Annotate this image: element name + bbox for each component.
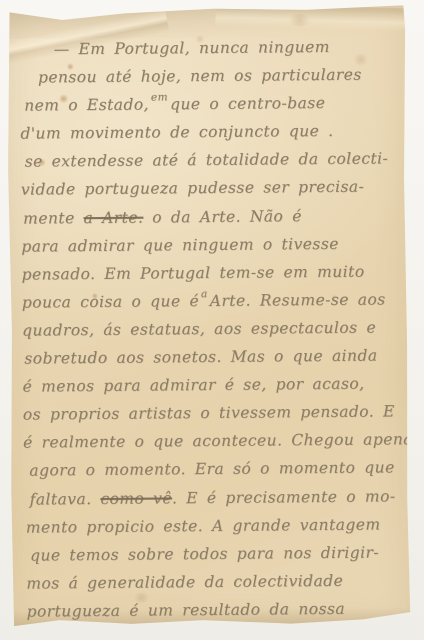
struck-out-text: a Arte. [83,208,143,227]
manuscript-line: mento propicio este. A grande vantagem [24,510,406,541]
photo-background: — Em Portugal, nunca ninguempensou até h… [0,0,424,640]
inserted-text-above-line: em [151,84,168,112]
handwritten-text: que temos sobre todos para nos dirigir- [30,543,379,564]
handwritten-text: . E é precisamente o mo- [172,487,396,507]
handwritten-text: os proprios artistas o tivessem pensado.… [23,403,395,424]
struck-out-text: como vê [100,489,172,508]
paper-fold-crease-right [215,5,411,34]
handwritten-text: quadros, ás estatuas, aos espectaculos e [22,318,376,339]
handwritten-text: mente [23,209,84,228]
handwritten-text: nem o Estado, [24,96,149,115]
handwritten-text: pensou até hoje, nem os particulares [38,66,362,87]
manuscript-line: agora o momento. Era só o momento que [23,454,405,485]
handwritten-text: pensado. Em Portugal tem-se em muito [22,262,365,283]
manuscript-line: — Em Portugal, nunca ninguem [20,32,402,63]
manuscript-line: é menos para admirar é se, por acaso, [22,369,404,400]
manuscript-line: d'um movimento de conjuncto que . [20,117,402,148]
handwritten-text: é menos para admirar é se, por acaso, [23,375,365,396]
manuscript-line: mos á generalidade da colectividade [24,566,406,597]
handwritten-text: d'um movimento de conjuncto que . [20,122,333,143]
manuscript-line: que temos sobre todos para nos dirigir- [24,538,406,569]
handwritten-text: vidade portugueza pudesse ser precisa- [21,178,364,199]
handwritten-text: Arte. Resume-se aos [210,290,386,310]
handwritten-text: é realmente o que aconteceu. Chegou apen… [23,430,411,451]
handwritten-text: faltava. [30,489,101,508]
handwritten-text: o da Arte. Não é [143,207,302,226]
manuscript-line: mente a Arte. o da Arte. Não é [21,201,403,232]
manuscript-line: vidade portugueza pudesse ser precisa- [21,173,403,204]
manuscript-line: é realmente o que aconteceu. Chegou apen… [23,426,405,457]
manuscript-line: pensado. Em Portugal tem-se em muito [22,257,404,288]
handwritten-text: se extendesse até á totalidade da colect… [25,150,389,171]
handwritten-text: para admirar que ninguem o tivesse [21,235,339,256]
handwritten-text: pouca coisa o que é [22,292,199,312]
handwritten-text: — Em Portugal, nunca ninguem [54,38,330,58]
manuscript-line: quadros, ás estatuas, aos espectaculos e [22,313,404,344]
handwritten-text: mento propicio este. A grande vantagem [26,515,381,536]
manuscript-line: sobretudo aos sonetos. Mas o que ainda [22,341,404,372]
manuscript-line: os proprios artistas o tivessem pensado.… [23,398,405,429]
handwritten-text: que o centro-base [170,94,325,113]
manuscript-line: pouca coisa o que éaArte. Resume-se aos [22,285,404,316]
manuscript-line: para admirar que ninguem o tivesse [21,229,403,260]
paper-stain [286,14,312,26]
handwritten-text: mos á generalidade da colectividade [26,572,343,593]
manuscript-lines: — Em Portugal, nunca ninguempensou até h… [20,32,407,625]
inserted-text-above-line: a [201,280,208,308]
manuscript-page: — Em Portugal, nunca ninguempensou até h… [6,5,410,626]
manuscript-line: se extendesse até á totalidade da colect… [21,145,403,176]
handwritten-text: agora o momento. Era só o momento que [29,459,394,480]
manuscript-line: nem o Estado,emque o centro-base [20,88,402,119]
manuscript-line: portugueza é um resultado da nossa [24,594,406,625]
manuscript-line: pensou até hoje, nem os particulares [20,60,402,91]
handwritten-text: sobretudo aos sonetos. Mas o que ainda [24,347,377,368]
manuscript-line: faltava. como vê. E é precisamente o mo- [23,482,405,513]
handwritten-text: portugueza é um resultado da nossa [26,600,345,621]
